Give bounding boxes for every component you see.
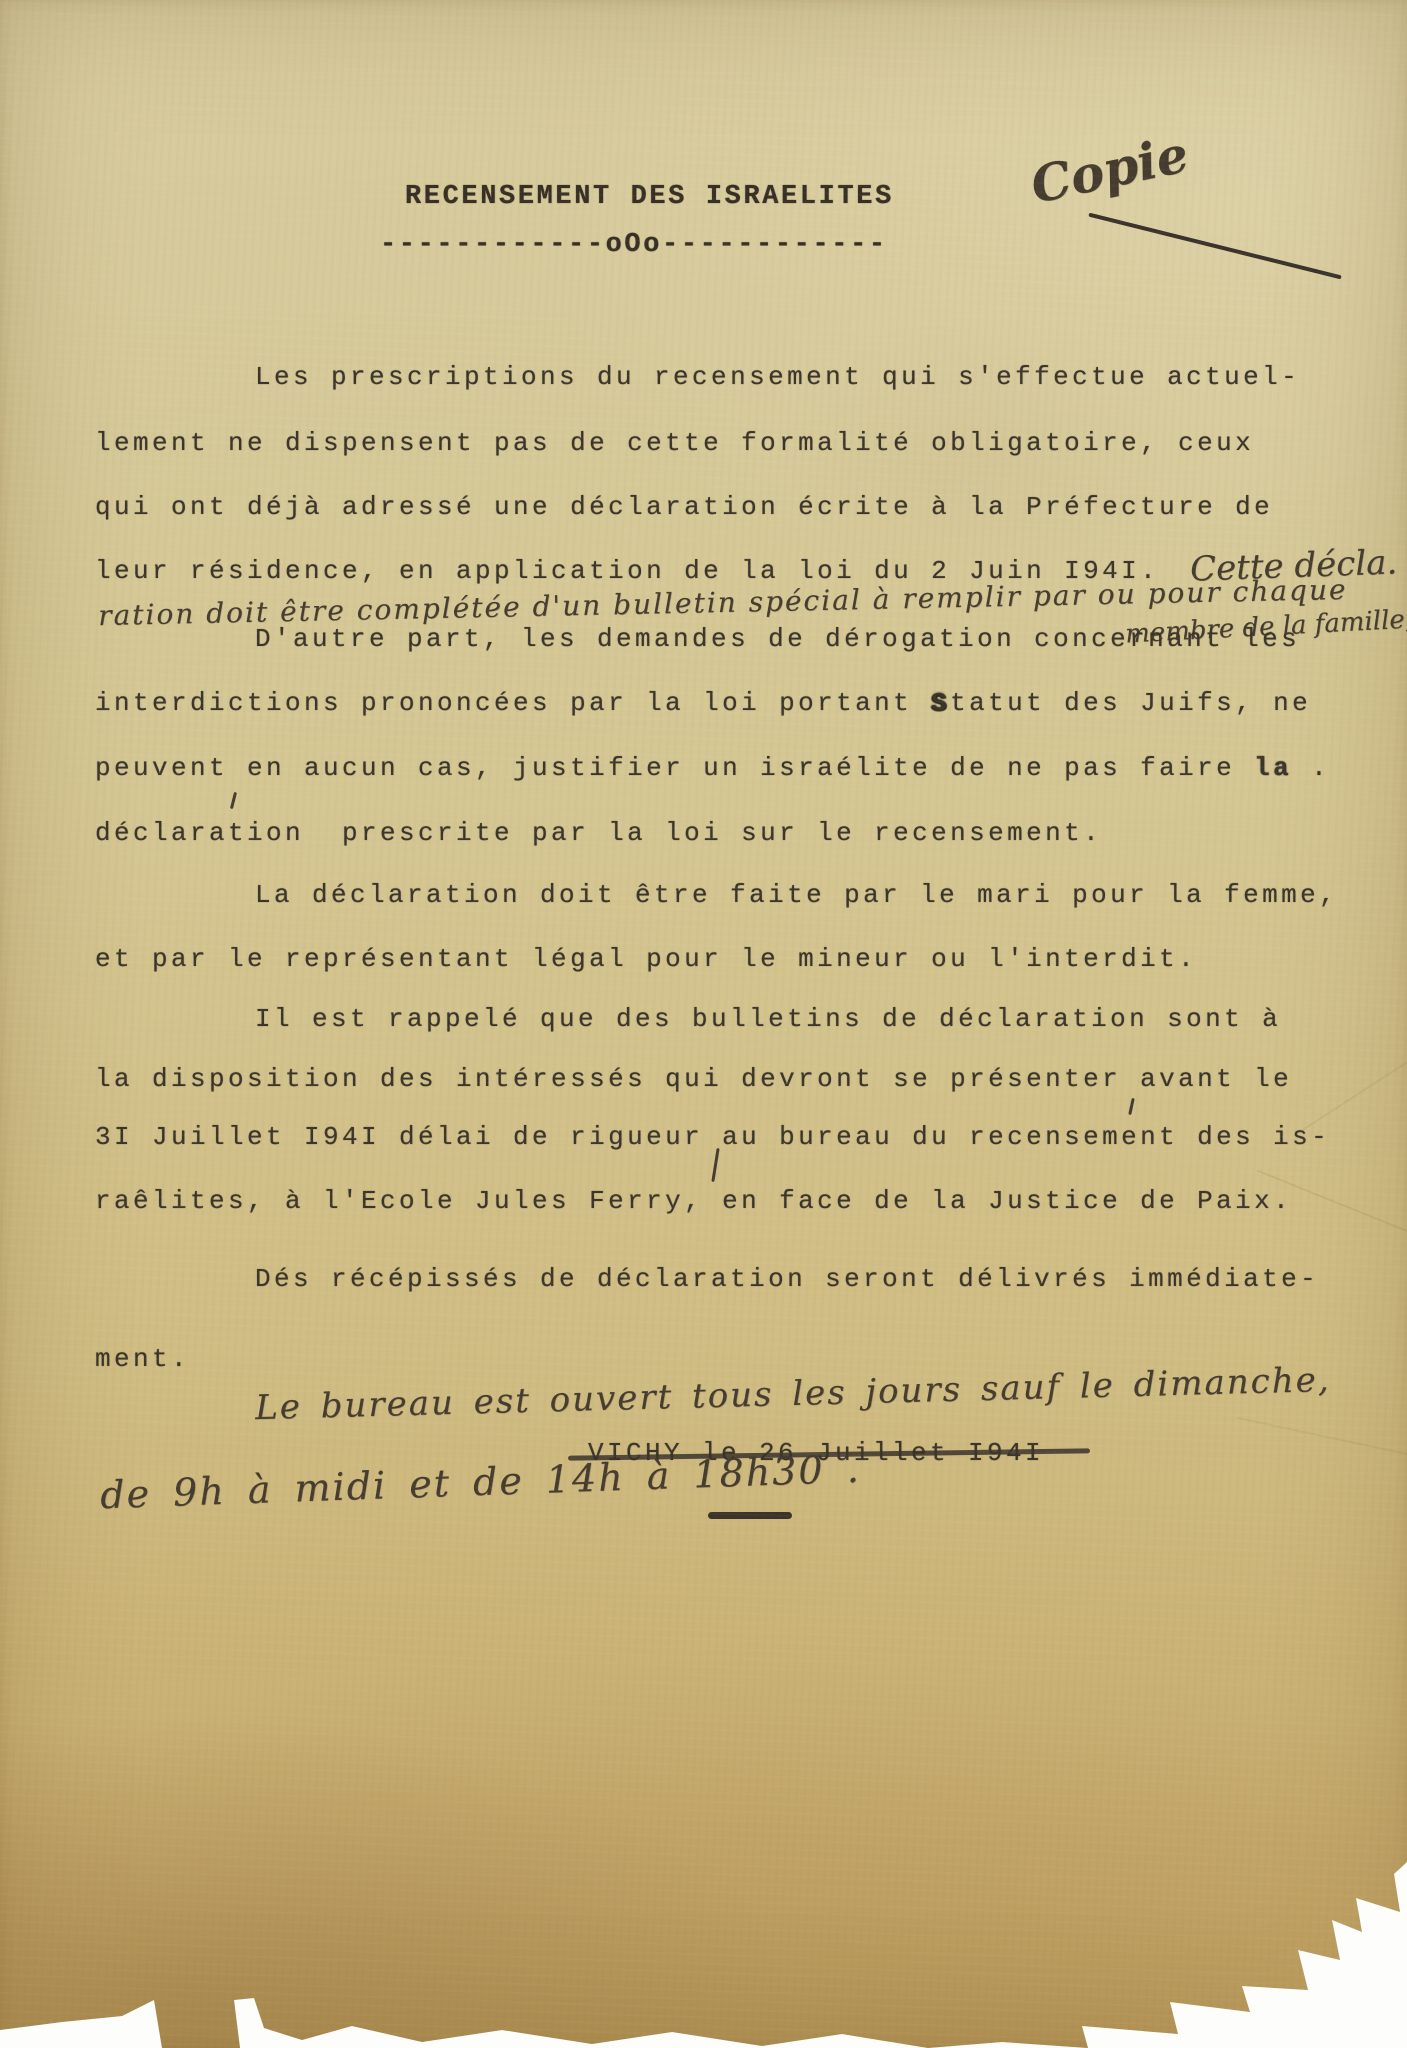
copie-ink-mark: Copie xyxy=(1026,124,1194,215)
typed-line: raêlites, à l'Ecole Jules Ferry, en face… xyxy=(95,1186,1292,1216)
typed-segment: tatut des Juifs, ne xyxy=(950,688,1311,718)
hand-comma-mark xyxy=(1128,1098,1134,1115)
paper-crease xyxy=(1237,1417,1407,1455)
paper-sheet: RECENSEMENT DES ISRAELITES ------------o… xyxy=(0,0,1407,2048)
hand-comma-mark xyxy=(230,792,237,809)
overstruck-word: la xyxy=(1254,753,1292,783)
typed-line: interdictions prononcées par la loi port… xyxy=(95,688,1311,718)
typed-segment: peuvent en aucun cas, justifier un israé… xyxy=(95,753,1254,783)
overstruck-letter: S xyxy=(931,688,950,718)
document-scan: RECENSEMENT DES ISRAELITES ------------o… xyxy=(0,0,1407,2048)
typed-segment: interdictions prononcées par la loi port… xyxy=(95,688,931,718)
typed-segment: . xyxy=(1292,753,1330,783)
typed-line: Les prescriptions du recensement qui s'e… xyxy=(255,362,1300,392)
typed-line: ment. xyxy=(95,1344,190,1374)
typed-line: la disposition des intéressés qui devron… xyxy=(95,1064,1292,1094)
title-underline: ------------oOo------------ xyxy=(380,230,888,260)
typed-line: 3I Juillet I94I délai de rigueur au bure… xyxy=(95,1122,1330,1152)
typed-line: qui ont déjà adressé une déclaration écr… xyxy=(95,492,1273,522)
typed-line: La déclaration doit être faite par le ma… xyxy=(255,880,1338,910)
typed-line: Dés récépissés de déclaration seront dél… xyxy=(255,1264,1319,1294)
handwritten-office-hours-line2: de 9h à midi et de 14h à 18h30 . xyxy=(99,1447,861,1518)
handwritten-office-hours-line1: Le bureau est ouvert tous les jours sauf… xyxy=(255,1360,1331,1428)
document-title: RECENSEMENT DES ISRAELITES xyxy=(405,182,894,212)
typed-line: et par le représentant légal pour le min… xyxy=(95,944,1197,974)
copie-flourish-stroke xyxy=(1088,213,1341,280)
closing-dash-mark xyxy=(708,1512,792,1519)
typed-line: déclaration prescrite par la loi sur le … xyxy=(95,818,1102,848)
typed-line: lement ne dispensent pas de cette formal… xyxy=(95,428,1254,458)
hand-comma-mark xyxy=(711,1148,719,1182)
typed-line: D'autre part, les demandes de dérogation… xyxy=(255,624,1300,654)
typed-line: Il est rappelé que des bulletins de décl… xyxy=(255,1004,1281,1034)
typed-line: peuvent en aucun cas, justifier un israé… xyxy=(95,753,1330,783)
